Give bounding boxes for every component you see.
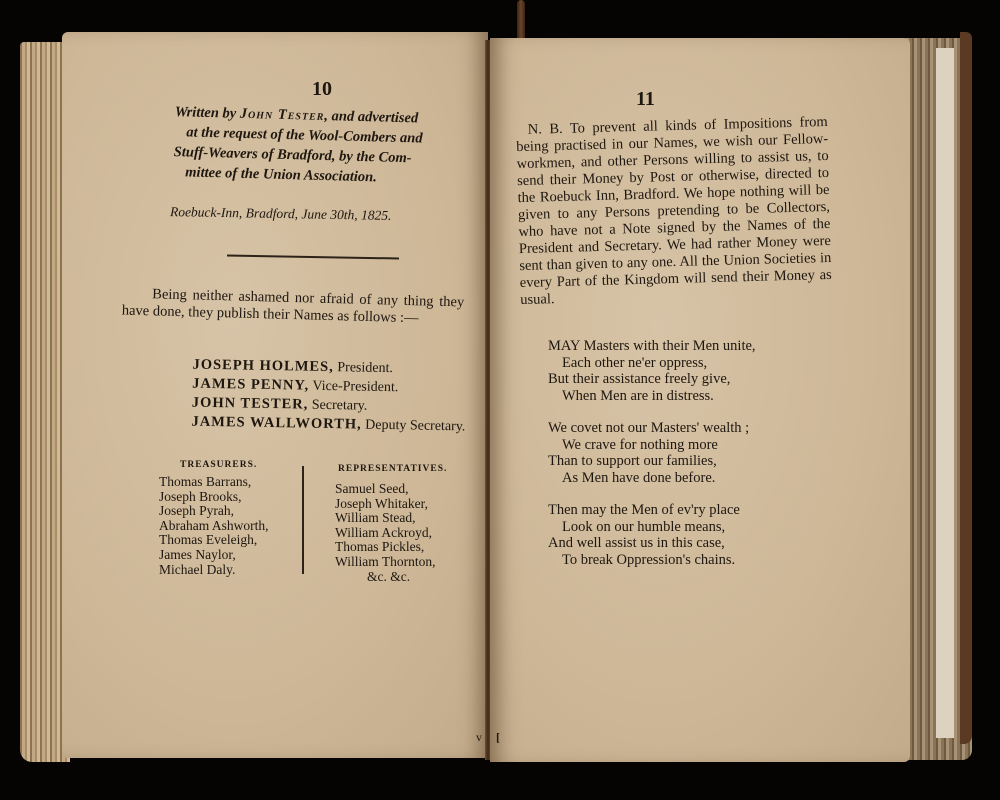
heading: Written by John Tester, and advertised a…	[173, 102, 475, 190]
poem-stanza: We covet not our Masters' wealth ; We cr…	[548, 420, 756, 486]
signature-mark: [	[496, 730, 500, 745]
open-book: 10 Written by John Tester, and advertise…	[0, 0, 1000, 800]
officer-row: JAMES WALLWORTH, Deputy Secretary.	[191, 413, 465, 437]
right-page-edges	[904, 38, 972, 760]
dateline: Roebuck-Inn, Bradford, June 30th, 1825.	[170, 202, 392, 226]
page-number: 11	[636, 88, 655, 111]
treasurers-list: Thomas Barrans, Joseph Brooks, Joseph Py…	[159, 475, 268, 577]
right-page: 11 N. B. To prevent all kinds of Imposit…	[490, 38, 910, 762]
column-divider	[302, 466, 304, 574]
intro-paragraph: Being neither ashamed nor afraid of any …	[122, 286, 465, 329]
treasurers-heading: TREASURERS.	[180, 460, 257, 470]
divider-rule	[227, 254, 399, 259]
notice-paragraph: N. B. To prevent all kinds of Imposition…	[516, 114, 833, 309]
officers-list: JOSEPH HOLMES, President. JAMES PENNY, V…	[191, 356, 466, 437]
representatives-heading: REPRESENTATIVES.	[338, 464, 447, 474]
author-name: John Tester	[240, 106, 325, 124]
representatives-list: Samuel Seed, Joseph Whitaker, William St…	[335, 482, 435, 584]
left-page: 10 Written by John Tester, and advertise…	[62, 32, 488, 758]
page-number: 10	[312, 78, 332, 101]
signature-mark: v	[476, 730, 482, 745]
poem: MAY Masters with their Men unite, Each o…	[548, 338, 756, 584]
poem-stanza: MAY Masters with their Men unite, Each o…	[548, 338, 756, 404]
poem-stanza: Then may the Men of ev'ry place Look on …	[548, 502, 756, 568]
